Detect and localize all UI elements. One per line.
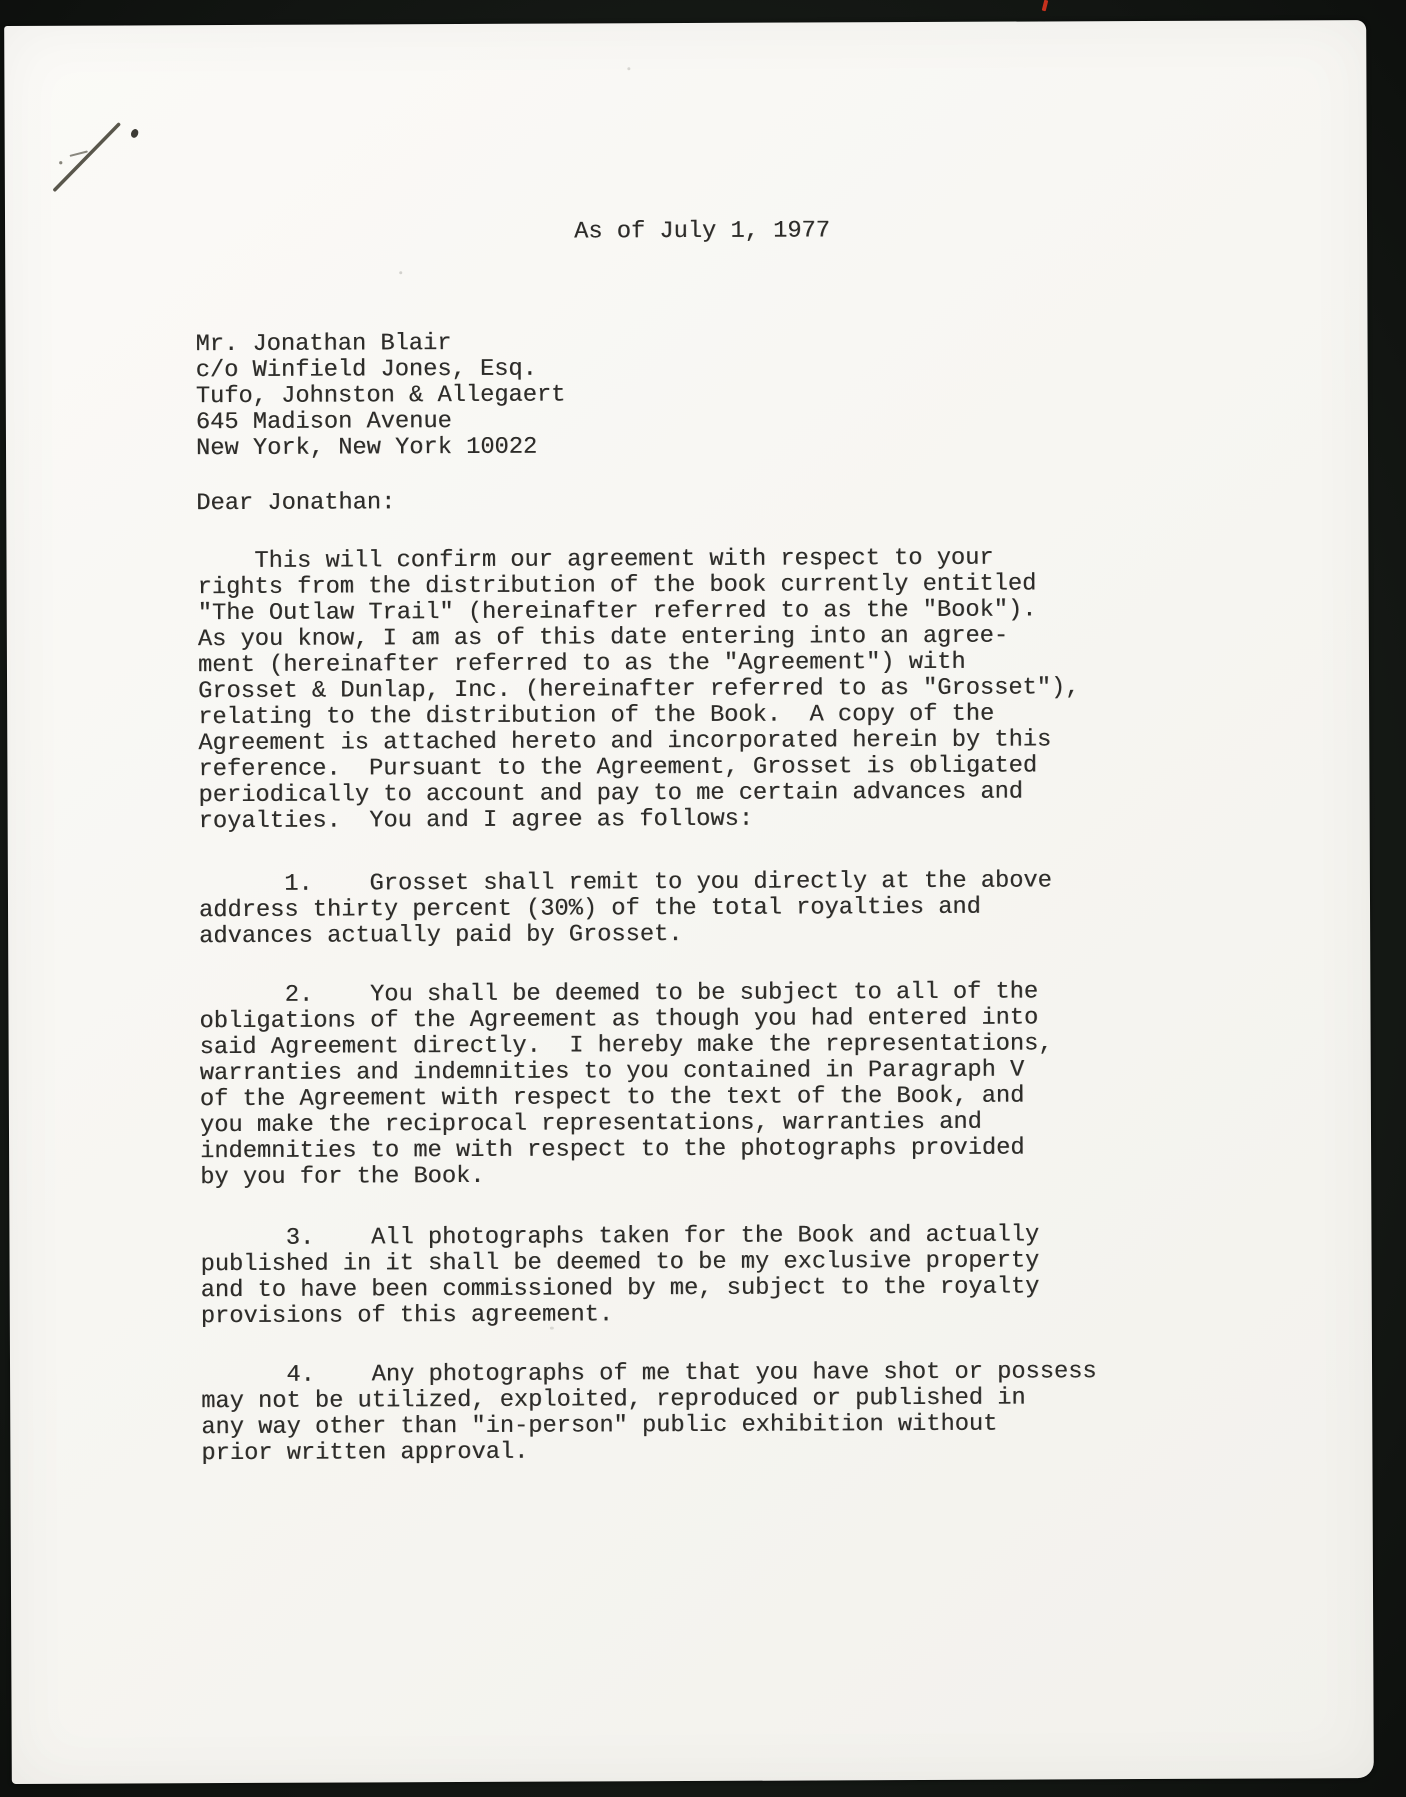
letter-page: As of July 1, 1977 Mr. Jonathan Blair c/…	[4, 20, 1374, 1784]
scan-speck	[399, 271, 402, 274]
paragraph-item-1: 1. Grosset shall remit to you directly a…	[199, 868, 1052, 950]
scan-speck	[627, 67, 630, 70]
salutation: Dear Jonathan:	[196, 490, 395, 517]
date-line: As of July 1, 1977	[574, 218, 830, 245]
paragraph-item-2: 2. You shall be deemed to be subject to …	[199, 979, 1053, 1191]
red-registration-mark	[1042, 0, 1049, 11]
paragraph-item-4: 4. Any photographs of me that you have s…	[201, 1359, 1097, 1467]
recipient-address-block: Mr. Jonathan Blair c/o Winfield Jones, E…	[196, 331, 566, 463]
paragraph-item-3: 3. All photographs taken for the Book an…	[200, 1222, 1039, 1330]
scan-background: As of July 1, 1977 Mr. Jonathan Blair c/…	[0, 0, 1406, 1797]
pencil-check-mark	[42, 93, 152, 203]
paragraph-intro: This will confirm our agreement with res…	[197, 545, 1080, 835]
